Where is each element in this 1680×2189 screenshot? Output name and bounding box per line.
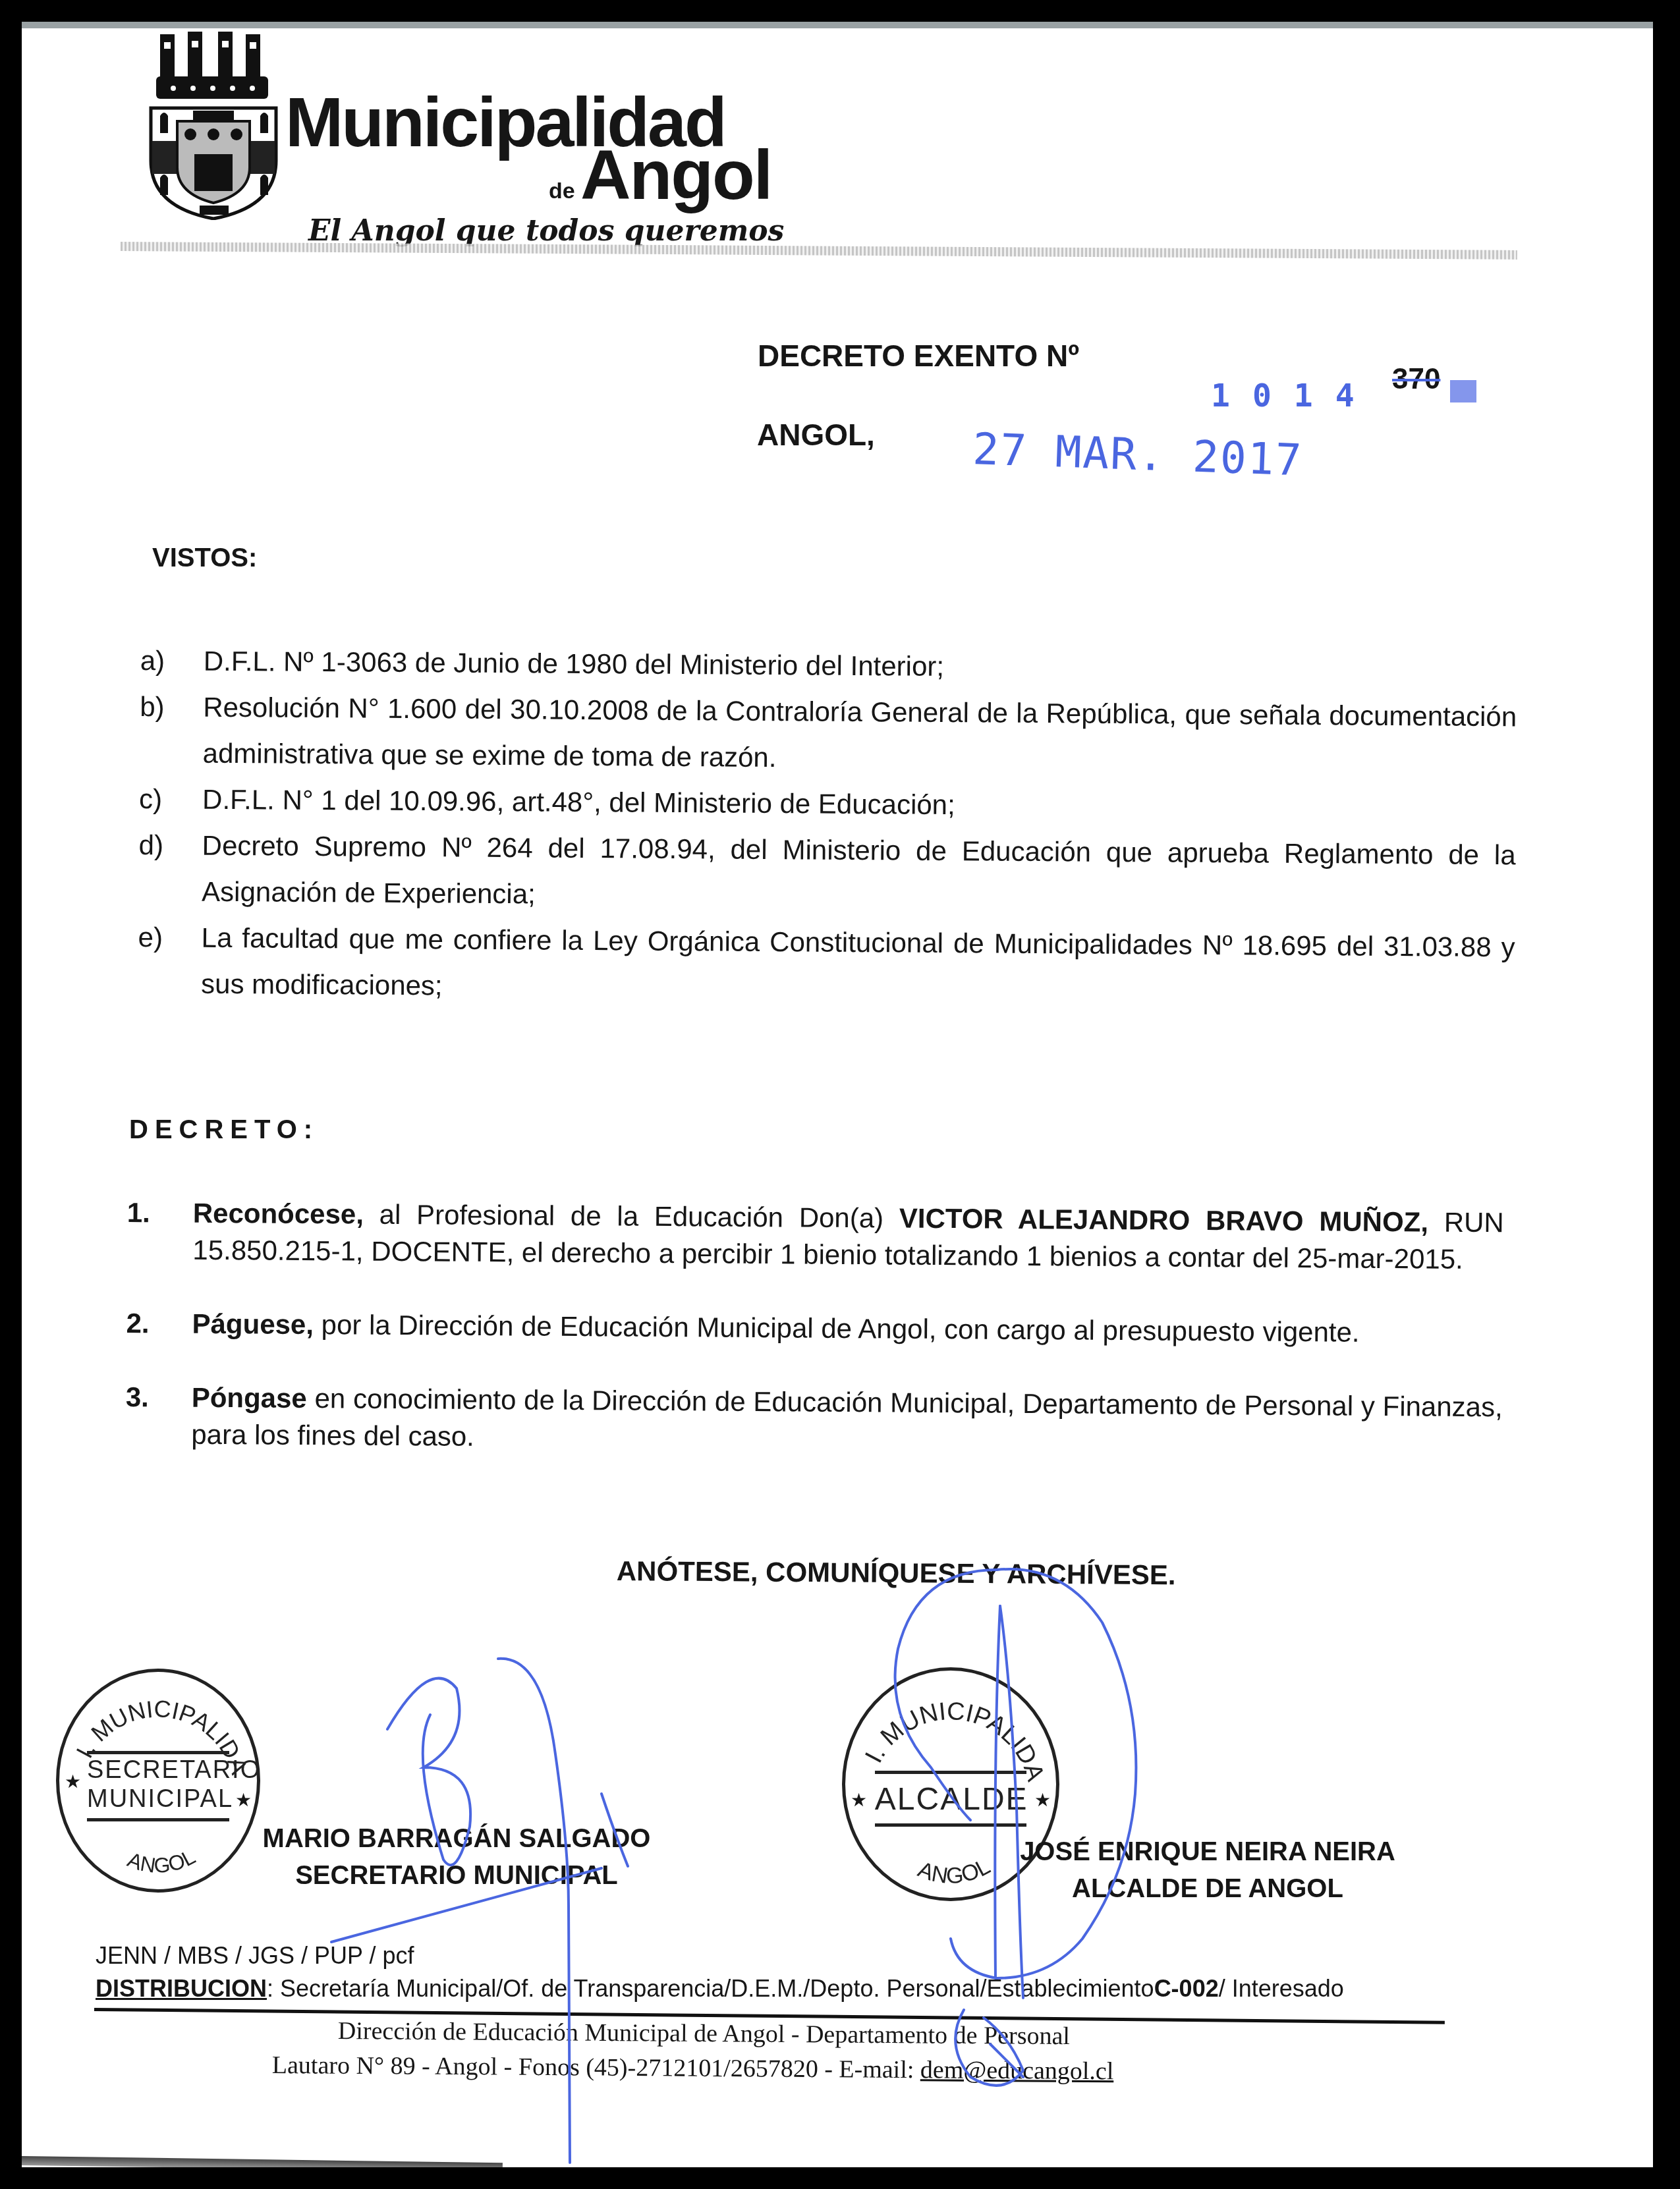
mayor-signer: JOSÉ ENRIQUE NEIRA NEIRA ALCALDE DE ANGO…: [997, 1833, 1418, 1907]
decreto-heading: DECRETO:: [129, 1115, 319, 1145]
stamp-mark: [1450, 380, 1476, 402]
signer-role: ALCALDE DE ANGOL: [997, 1870, 1418, 1907]
svg-text:ANGOL: ANGOL: [914, 1854, 994, 1889]
secretary-seal: I. MUNICIPALIDAD ANGOL SECRETARIO MUNICI…: [56, 1669, 260, 1893]
item-text: en conocimiento de la Dirección de Educa…: [191, 1383, 1503, 1452]
item-text: D.F.L. Nº 1-3063 de Junio de 1980 del Mi…: [204, 646, 945, 682]
seal-role-line1: SECRETARIO: [87, 1756, 229, 1785]
initials-line: JENN / MBS / JGS / PUP / pcf: [96, 1942, 414, 1970]
item-text: Decreto Supremo Nº 264 del 17.08.94, del…: [202, 830, 1516, 910]
item-text: al Profesional de la Educación Don(a): [364, 1199, 899, 1234]
item-text: D.F.L. N° 1 del 10.09.96, art.48°, del M…: [202, 784, 955, 820]
seal-rule: [875, 1771, 1026, 1774]
vistos-heading: VISTOS:: [152, 543, 257, 573]
vistos-item: e)La facultad que me confiere la Ley Org…: [138, 914, 1515, 1016]
beneficiary-name: VICTOR ALEJANDRO BRAVO MUÑOZ,: [899, 1203, 1428, 1238]
item-marker: b): [140, 684, 165, 730]
distribution-code: C-002: [1154, 1975, 1219, 2002]
document-page: Municipalidad de Angol El Angol que todo…: [22, 22, 1653, 2167]
coat-of-arms-icon: [147, 29, 292, 220]
item-marker: a): [140, 638, 165, 684]
seal-role-line2: MUNICIPAL: [87, 1785, 229, 1814]
footer-address: Lautaro N° 89 - Angol - Fonos (45)-27121…: [272, 2051, 920, 2084]
star-icon: ★: [65, 1771, 81, 1792]
item-text: por la Dirección de Educación Municipal …: [314, 1309, 1360, 1348]
distribution-label: DISTRIBUCION: [96, 1975, 267, 2002]
decree-title: DECRETO EXENTO Nº: [758, 338, 1079, 374]
item-lead: Póngase: [192, 1382, 307, 1414]
scan-edge-shadow: [22, 2156, 503, 2167]
item-marker: 1.: [127, 1194, 150, 1231]
decreto-list: 1. Reconócese, al Profesional de la Educ…: [125, 1194, 1504, 1499]
item-lead: Páguese,: [192, 1308, 314, 1340]
signer-name: MARIO BARRAGÁN SALGADO: [233, 1820, 681, 1857]
signer-role: SECRETARIO MUNICIPAL: [233, 1857, 681, 1894]
logo-tagline: El Angol que todos queremos: [308, 214, 784, 248]
item-lead: Reconócese,: [193, 1198, 364, 1230]
header-divider: [121, 242, 1517, 260]
date-stamp: 27 MAR. 2017: [972, 424, 1303, 485]
distribution-text: : Secretaría Municipal/Of. de Transparen…: [267, 1975, 1154, 2002]
vistos-item: d)Decreto Supremo Nº 264 del 17.08.94, d…: [138, 822, 1516, 924]
item-marker: c): [139, 776, 163, 822]
seal-rule: [875, 1823, 1026, 1827]
star-icon: ★: [1034, 1789, 1051, 1811]
star-icon: ★: [851, 1789, 867, 1811]
vistos-item: b)Resolución N° 1.600 del 30.10.2008 de …: [139, 684, 1517, 786]
distribution-line: DISTRIBUCION: Secretaría Municipal/Of. d…: [96, 1975, 1344, 2003]
logo-de: de: [549, 179, 575, 204]
handwritten-number: 370: [1392, 363, 1440, 396]
svg-text:ANGOL: ANGOL: [125, 1844, 199, 1877]
seal-rule: [87, 1751, 229, 1754]
footer-department: Dirección de Educación Municipal de Ango…: [338, 2016, 1070, 2051]
star-icon: ★: [235, 1789, 252, 1811]
closing-formula: ANÓTESE, COMUNÍQUESE Y ARCHÍVESE.: [617, 1555, 1176, 1591]
secretary-signer: MARIO BARRAGÁN SALGADO SECRETARIO MUNICI…: [233, 1820, 681, 1894]
logo-city: Angol: [580, 140, 771, 210]
item-marker: 2.: [126, 1305, 149, 1342]
item-text: Resolución N° 1.600 del 30.10.2008 de la…: [203, 692, 1517, 773]
decreto-item: 2. Páguese, por la Dirección de Educació…: [126, 1305, 1503, 1352]
decreto-item: 1. Reconócese, al Profesional de la Educ…: [126, 1194, 1504, 1278]
signer-name: JOSÉ ENRIQUE NEIRA NEIRA: [997, 1833, 1418, 1870]
seal-rule: [87, 1818, 229, 1821]
item-marker: e): [138, 914, 163, 960]
distribution-text-end: / Interesado: [1219, 1975, 1344, 2002]
footer-contact: Lautaro N° 89 - Angol - Fonos (45)-27121…: [272, 2051, 1114, 2086]
vistos-list: a)D.F.L. Nº 1-3063 de Junio de 1980 del …: [138, 638, 1517, 1016]
decreto-item: 3. Póngase en conocimiento de la Direcci…: [125, 1379, 1503, 1462]
decree-place: ANGOL,: [757, 417, 875, 453]
signature-stroke: [498, 1659, 570, 2163]
seal-role: ALCALDE: [875, 1781, 1026, 1817]
item-marker: 3.: [126, 1379, 149, 1416]
item-marker: d): [138, 822, 163, 868]
item-text: La facultad que me confiere la Ley Orgán…: [201, 922, 1515, 1001]
footer-email-link[interactable]: dem@educangol.cl: [920, 2056, 1114, 2085]
svg-text:I. MUNICIPALIDAD: I. MUNICIPALIDAD: [845, 1671, 1050, 1785]
decree-number-stamp: 1014: [1211, 377, 1377, 414]
